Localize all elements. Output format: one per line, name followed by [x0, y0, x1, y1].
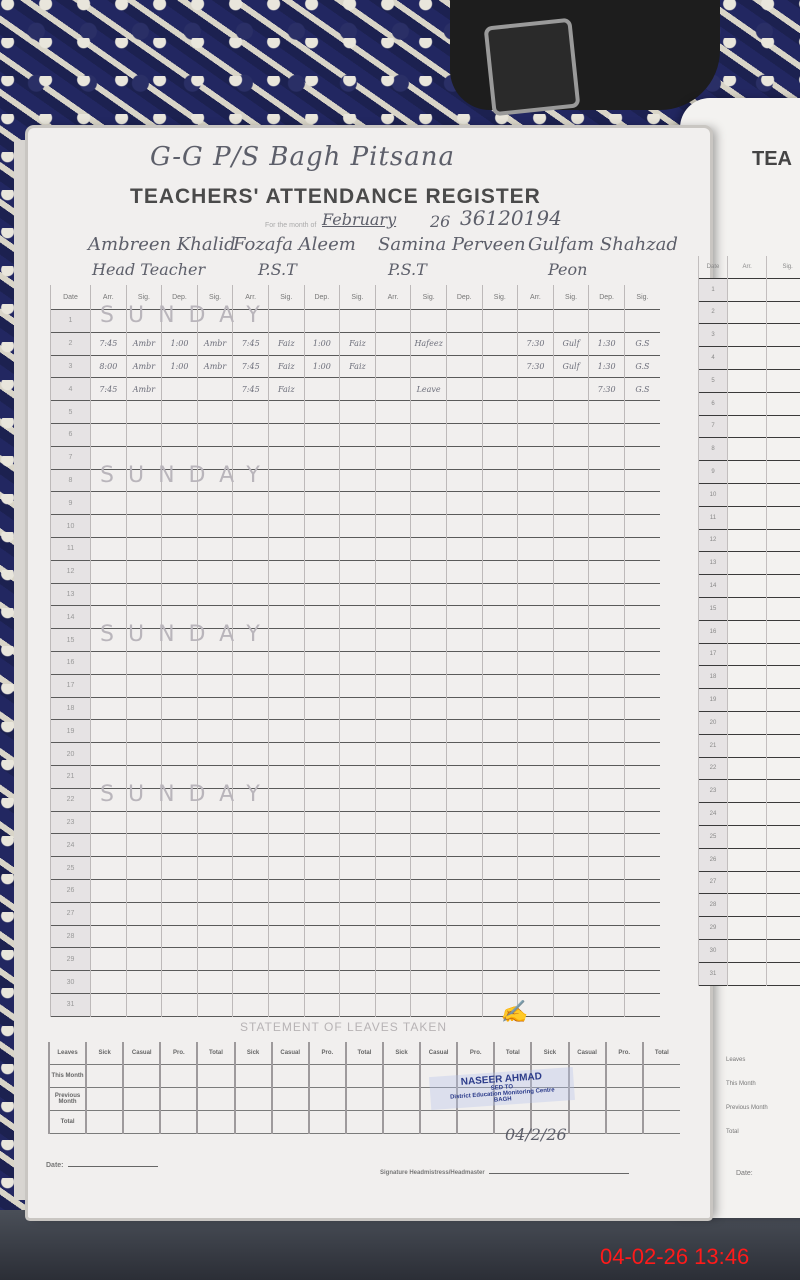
attendance-cell — [624, 765, 660, 788]
attendance-cell — [446, 834, 482, 857]
attendance-cell: Faiz — [268, 378, 304, 401]
attendance-cell: 7:30 — [518, 332, 554, 355]
attendance-cell — [482, 811, 518, 834]
table-row: 26 — [51, 879, 661, 902]
attendance-cell — [233, 401, 269, 424]
table-row: 29 — [51, 948, 661, 971]
attendance-cell — [197, 879, 233, 902]
attendance-cell — [375, 857, 411, 880]
attendance-cell — [482, 788, 518, 811]
attendance-cell — [91, 492, 127, 515]
leaves-cell — [197, 1088, 234, 1111]
attendance-cell — [553, 765, 589, 788]
attendance-cell — [518, 902, 554, 925]
attendance-cell — [162, 674, 198, 697]
teacher-designation: Head Teacher — [92, 260, 205, 279]
leaves-cell — [123, 1065, 160, 1088]
attendance-cell — [375, 651, 411, 674]
attendance-cell: 1:30 — [589, 355, 625, 378]
attendance-cell — [518, 857, 554, 880]
date-cell: 18 — [699, 666, 728, 689]
attendance-cell — [304, 765, 340, 788]
leaves-header: Pro. — [457, 1042, 494, 1065]
date-cell: 24 — [699, 803, 728, 826]
attendance-cell — [375, 720, 411, 743]
attendance-cell — [233, 583, 269, 606]
attendance-cell — [482, 401, 518, 424]
leaves-cell — [123, 1088, 160, 1111]
table-row: 11 — [699, 506, 800, 529]
attendance-cell — [589, 446, 625, 469]
attendance-cell — [268, 560, 304, 583]
attendance-cell — [624, 423, 660, 446]
attendance-cell — [411, 537, 447, 560]
leaves-header: Total — [643, 1042, 680, 1065]
date-cell: 19 — [699, 689, 728, 712]
officer-signature: ✍ — [500, 1000, 527, 1025]
attendance-cell — [624, 537, 660, 560]
attendance-cell — [126, 674, 162, 697]
attendance-cell — [162, 925, 198, 948]
attendance-cell — [268, 423, 304, 446]
attendance-cell — [91, 948, 127, 971]
attendance-cell — [411, 446, 447, 469]
leaves-header: Total — [346, 1042, 383, 1065]
right-page-title: TEA — [752, 148, 792, 171]
attendance-cell — [268, 811, 304, 834]
footer-signature: Signature Headmistress/Headmaster — [380, 1170, 629, 1176]
attendance-cell — [197, 834, 233, 857]
attendance-cell — [233, 720, 269, 743]
attendance-cell — [304, 492, 340, 515]
attendance-cell — [518, 401, 554, 424]
attendance-cell — [624, 492, 660, 515]
attendance-cell — [304, 697, 340, 720]
attendance-cell — [553, 788, 589, 811]
leaves-cell — [123, 1111, 160, 1134]
attendance-cell — [304, 629, 340, 652]
attendance-cell: Faiz — [340, 355, 376, 378]
attendance-cell — [340, 310, 376, 333]
attendance-cell — [446, 811, 482, 834]
attendance-cell — [411, 310, 447, 333]
attendance-cell — [340, 857, 376, 880]
attendance-cell — [126, 993, 162, 1016]
attendance-cell — [126, 879, 162, 902]
attendance-cell — [482, 355, 518, 378]
leave-label: Total — [726, 1120, 768, 1144]
attendance-cell: 7:45 — [91, 332, 127, 355]
table-row: 3 — [699, 324, 800, 347]
attendance-cell — [162, 423, 198, 446]
attendance-cell — [411, 469, 447, 492]
attendance-cell — [91, 423, 127, 446]
attendance-cell — [126, 492, 162, 515]
attendance-cell: 7:30 — [518, 355, 554, 378]
leaves-header: Sick — [86, 1042, 123, 1065]
attendance-cell — [126, 651, 162, 674]
attendance-cell — [268, 583, 304, 606]
attendance-cell: Faiz — [340, 332, 376, 355]
attendance-cell — [589, 583, 625, 606]
attendance-cell — [375, 423, 411, 446]
attendance-cell — [446, 857, 482, 880]
attendance-cell — [162, 560, 198, 583]
leaves-cell — [160, 1111, 197, 1134]
attendance-cell: 1:00 — [304, 332, 340, 355]
attendance-cell — [162, 811, 198, 834]
column-header: Sig. — [553, 285, 589, 310]
date-cell: 7 — [51, 446, 91, 469]
attendance-cell — [233, 423, 269, 446]
attendance-cell — [624, 560, 660, 583]
attendance-cell — [482, 310, 518, 333]
date-cell: 13 — [699, 552, 728, 575]
attendance-cell — [197, 401, 233, 424]
attendance-cell — [197, 674, 233, 697]
attendance-cell — [446, 879, 482, 902]
attendance-cell — [340, 811, 376, 834]
attendance-cell — [340, 834, 376, 857]
attendance-cell — [375, 332, 411, 355]
attendance-cell — [304, 446, 340, 469]
right-page-leaves: Leaves This Month Previous Month Total — [726, 1048, 768, 1144]
attendance-cell: Ambr — [197, 355, 233, 378]
attendance-cell — [553, 606, 589, 629]
leave-label: Previous Month — [726, 1096, 768, 1120]
attendance-cell — [375, 971, 411, 994]
attendance-cell: Ambr — [197, 332, 233, 355]
attendance-cell — [340, 788, 376, 811]
leaves-cell — [197, 1065, 234, 1088]
attendance-cell — [624, 469, 660, 492]
attendance-cell — [589, 993, 625, 1016]
attendance-cell — [446, 948, 482, 971]
table-row: 23 — [51, 811, 661, 834]
emis-code: 36120194 — [460, 206, 562, 230]
attendance-cell — [518, 765, 554, 788]
table-row: 14 — [699, 575, 800, 598]
attendance-cell — [197, 925, 233, 948]
attendance-cell — [589, 743, 625, 766]
table-row: 47:45Ambr7:45FaizLeave7:30G.S — [51, 378, 661, 401]
attendance-cell — [411, 674, 447, 697]
attendance-cell — [482, 378, 518, 401]
date-cell: 1 — [51, 310, 91, 333]
attendance-cell — [518, 560, 554, 583]
leaves-header: Casual — [420, 1042, 457, 1065]
attendance-cell — [589, 948, 625, 971]
attendance-cell — [162, 993, 198, 1016]
attendance-cell — [411, 834, 447, 857]
date-cell: 5 — [51, 401, 91, 424]
attendance-cell — [340, 743, 376, 766]
attendance-cell — [482, 971, 518, 994]
date-cell: 23 — [699, 780, 728, 803]
attendance-cell — [91, 879, 127, 902]
attendance-cell — [340, 674, 376, 697]
attendance-cell — [482, 697, 518, 720]
table-row: 28 — [51, 925, 661, 948]
attendance-cell: Faiz — [268, 355, 304, 378]
date-cell: 10 — [699, 483, 728, 506]
date-cell: 30 — [699, 939, 728, 962]
attendance-cell — [375, 629, 411, 652]
attendance-cell — [589, 720, 625, 743]
table-row: 21 — [699, 734, 800, 757]
leaves-cell — [160, 1088, 197, 1111]
attendance-cell — [162, 902, 198, 925]
attendance-cell — [624, 857, 660, 880]
date-header: Date — [51, 285, 91, 310]
attendance-cell — [518, 606, 554, 629]
table-row: 9 — [51, 492, 661, 515]
attendance-cell — [304, 674, 340, 697]
attendance-cell: 7:30 — [589, 378, 625, 401]
attendance-cell — [233, 902, 269, 925]
attendance-cell — [446, 492, 482, 515]
attendance-cell — [268, 697, 304, 720]
leaves-cell — [643, 1065, 680, 1088]
right-page-grid: Date Arr. Sig. 1234567891011121314151617… — [698, 256, 800, 986]
date-cell: 9 — [699, 461, 728, 484]
attendance-cell — [482, 674, 518, 697]
leaves-header: Casual — [123, 1042, 160, 1065]
attendance-cell — [304, 879, 340, 902]
attendance-cell — [411, 765, 447, 788]
table-row: 6 — [699, 392, 800, 415]
attendance-cell — [197, 560, 233, 583]
attendance-cell — [446, 674, 482, 697]
date-cell: 28 — [51, 925, 91, 948]
date-cell: 25 — [699, 825, 728, 848]
attendance-cell: G.S — [624, 355, 660, 378]
attendance-cell — [197, 971, 233, 994]
attendance-cell — [304, 310, 340, 333]
attendance-cell — [518, 515, 554, 538]
column-header: Sig. — [411, 285, 447, 310]
leaves-cell — [86, 1111, 123, 1134]
attendance-cell — [411, 515, 447, 538]
attendance-cell — [91, 401, 127, 424]
attendance-cell: 8:00 — [91, 355, 127, 378]
attendance-cell — [518, 537, 554, 560]
leaves-header: Casual — [569, 1042, 606, 1065]
leaves-cell — [309, 1111, 346, 1134]
table-row: 23 — [699, 780, 800, 803]
attendance-cell — [553, 310, 589, 333]
attendance-cell — [375, 834, 411, 857]
attendance-cell — [375, 515, 411, 538]
attendance-cell — [482, 651, 518, 674]
leaves-cell — [272, 1088, 309, 1111]
table-row: 20 — [699, 711, 800, 734]
leaves-row-label: Total — [49, 1111, 86, 1134]
leaves-row-label: This Month — [49, 1065, 86, 1088]
table-row: 19 — [699, 689, 800, 712]
attendance-cell: Gulf — [553, 332, 589, 355]
attendance-cell — [589, 651, 625, 674]
attendance-cell — [624, 743, 660, 766]
attendance-cell — [411, 401, 447, 424]
attendance-cell — [126, 834, 162, 857]
attendance-cell — [624, 811, 660, 834]
attendance-cell — [375, 811, 411, 834]
teacher-name: Gulfam Shahzad — [528, 234, 678, 255]
sig-header: Sig. — [767, 256, 800, 278]
date-cell: 2 — [699, 301, 728, 324]
date-cell: 22 — [699, 757, 728, 780]
leaves-header: Sick — [383, 1042, 420, 1065]
table-row: 19 — [51, 720, 661, 743]
leaves-header: Sick — [531, 1042, 568, 1065]
table-row: 9 — [699, 461, 800, 484]
table-row: 24 — [51, 834, 661, 857]
table-row: 16 — [699, 620, 800, 643]
date-cell: 10 — [51, 515, 91, 538]
attendance-cell — [589, 423, 625, 446]
attendance-cell — [268, 743, 304, 766]
attendance-cell — [340, 902, 376, 925]
attendance-cell — [482, 423, 518, 446]
attendance-cell — [624, 993, 660, 1016]
leaves-header: Pro. — [309, 1042, 346, 1065]
attendance-cell — [446, 537, 482, 560]
attendance-cell — [162, 583, 198, 606]
attendance-cell — [375, 401, 411, 424]
attendance-cell — [162, 401, 198, 424]
date-cell: 14 — [699, 575, 728, 598]
attendance-cell — [91, 857, 127, 880]
date-cell: 26 — [699, 848, 728, 871]
attendance-cell — [589, 879, 625, 902]
attendance-cell — [304, 788, 340, 811]
attendance-cell — [553, 743, 589, 766]
footer-date: Date: — [46, 1162, 158, 1169]
attendance-cell — [91, 537, 127, 560]
attendance-cell — [553, 629, 589, 652]
attendance-cell — [624, 651, 660, 674]
attendance-cell — [589, 925, 625, 948]
leaves-cell — [235, 1065, 272, 1088]
attendance-cell: Leave — [411, 378, 447, 401]
attendance-cell — [268, 720, 304, 743]
attendance-cell — [553, 811, 589, 834]
leaves-row: Total — [49, 1111, 680, 1134]
date-cell: 7 — [699, 415, 728, 438]
attendance-cell — [553, 423, 589, 446]
attendance-cell — [268, 948, 304, 971]
attendance-cell — [340, 879, 376, 902]
attendance-cell — [446, 310, 482, 333]
attendance-cell: G.S — [624, 378, 660, 401]
attendance-cell — [553, 697, 589, 720]
leaves-cell — [346, 1088, 383, 1111]
attendance-cell — [375, 583, 411, 606]
table-row: 17 — [51, 674, 661, 697]
attendance-cell — [518, 674, 554, 697]
attendance-cell — [91, 993, 127, 1016]
leaves-cell — [643, 1111, 680, 1134]
leaves-header: Leaves — [49, 1042, 86, 1065]
attendance-cell — [446, 902, 482, 925]
attendance-cell — [518, 423, 554, 446]
attendance-cell — [233, 857, 269, 880]
attendance-cell — [446, 629, 482, 652]
attendance-cell — [624, 697, 660, 720]
table-row: 5 — [51, 401, 661, 424]
leaves-cell — [272, 1111, 309, 1134]
attendance-cell — [553, 515, 589, 538]
attendance-cell — [197, 993, 233, 1016]
attendance-cell — [518, 834, 554, 857]
attendance-cell — [411, 743, 447, 766]
attendance-cell — [589, 310, 625, 333]
attendance-cell — [268, 925, 304, 948]
attendance-cell — [482, 902, 518, 925]
attendance-cell — [340, 560, 376, 583]
table-row: 4 — [699, 347, 800, 370]
attendance-cell — [268, 674, 304, 697]
date-cell: 9 — [51, 492, 91, 515]
attendance-cell — [375, 697, 411, 720]
attendance-cell — [553, 857, 589, 880]
attendance-cell — [126, 971, 162, 994]
leaves-cell — [86, 1065, 123, 1088]
attendance-cell — [411, 606, 447, 629]
date-cell: 3 — [51, 355, 91, 378]
attendance-cell — [446, 971, 482, 994]
date-cell: 11 — [51, 537, 91, 560]
attendance-cell — [482, 492, 518, 515]
attendance-cell — [624, 401, 660, 424]
attendance-cell — [446, 401, 482, 424]
attendance-cell — [411, 583, 447, 606]
attendance-cell — [304, 583, 340, 606]
table-row: 13 — [51, 583, 661, 606]
attendance-cell — [482, 743, 518, 766]
attendance-cell — [411, 355, 447, 378]
attendance-cell — [197, 651, 233, 674]
leaves-cell — [569, 1111, 606, 1134]
attendance-cell — [126, 697, 162, 720]
month-value: February — [322, 210, 396, 229]
attendance-cell — [589, 401, 625, 424]
attendance-cell: Hafeez — [411, 332, 447, 355]
attendance-cell — [126, 560, 162, 583]
attendance-cell — [268, 902, 304, 925]
column-header: Dep. — [446, 285, 482, 310]
attendance-cell — [375, 606, 411, 629]
attendance-cell — [233, 811, 269, 834]
attendance-cell — [91, 651, 127, 674]
attendance-cell — [411, 948, 447, 971]
attendance-cell — [197, 378, 233, 401]
attendance-cell — [91, 834, 127, 857]
table-row: 16 — [51, 651, 661, 674]
attendance-cell — [304, 925, 340, 948]
attendance-cell — [411, 811, 447, 834]
attendance-cell — [162, 378, 198, 401]
table-row: 25 — [51, 857, 661, 880]
table-row: 8 — [699, 438, 800, 461]
attendance-cell — [482, 834, 518, 857]
leaves-cell — [235, 1088, 272, 1111]
leaves-title: STATEMENT OF LEAVES TAKEN — [240, 1020, 447, 1034]
attendance-cell — [233, 537, 269, 560]
attendance-cell — [233, 674, 269, 697]
attendance-cell — [446, 378, 482, 401]
